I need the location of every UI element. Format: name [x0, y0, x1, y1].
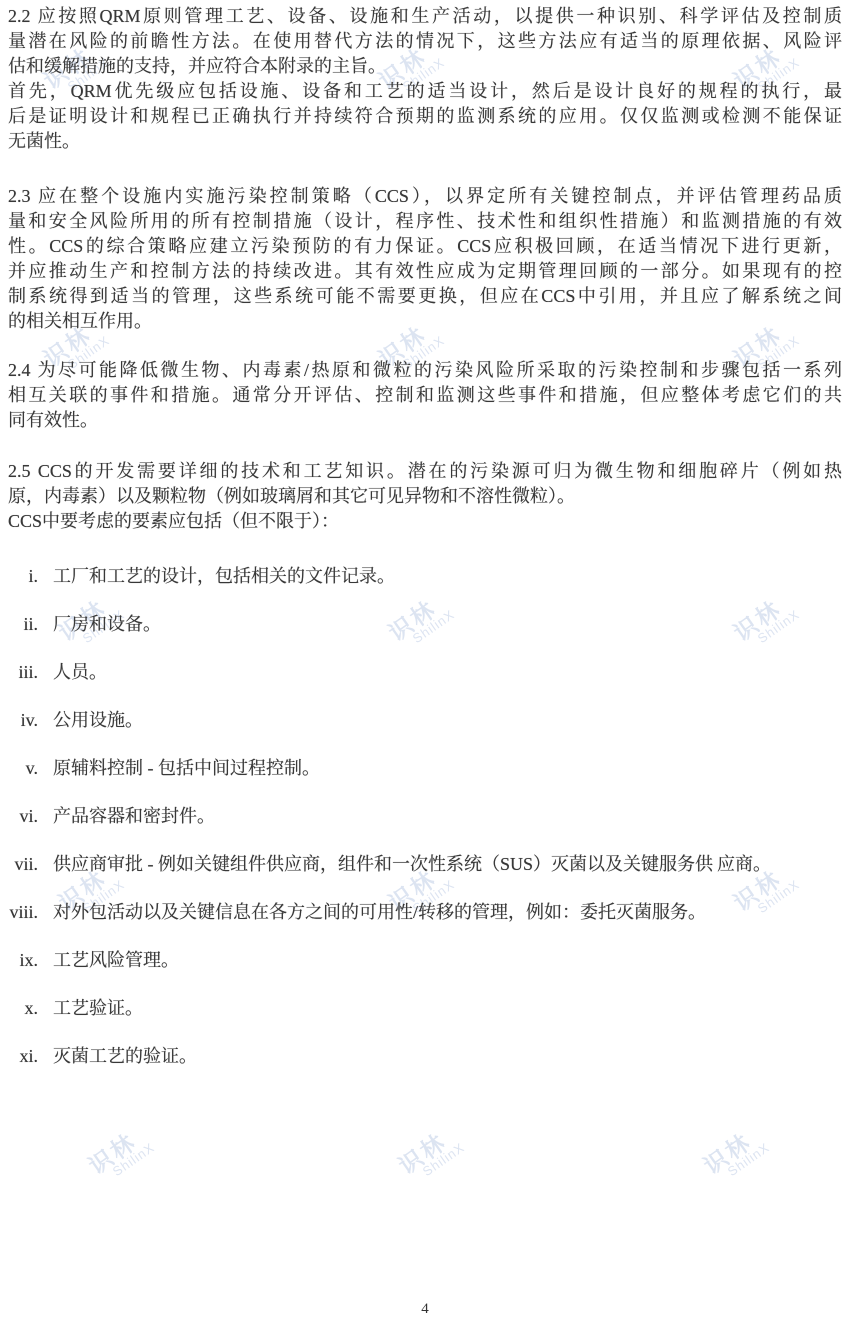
- list-item-iv: iv. 公用设施。: [8, 708, 842, 733]
- text-line: 公用设施。: [53, 710, 143, 730]
- text-line: 工厂和工艺的设计，包括相关的文件记录。: [53, 566, 395, 586]
- text-line: 2.5 CCS的开发需要详细的技术和工艺知识。潜在的污染源可归为微生物和细胞碎片…: [8, 459, 842, 484]
- list-item-vi: vi. 产品容器和密封件。: [8, 804, 842, 829]
- page-number: 4: [0, 1301, 850, 1318]
- text-line: 供应商审批 - 例如关键组件供应商，组件和一次性系统（SUS）灭菌以及关键服务供: [53, 854, 713, 874]
- list-item-number: viii.: [8, 900, 38, 925]
- watermark-cn-text: 识林: [700, 1097, 803, 1179]
- list-item-number: xi.: [8, 1044, 38, 1069]
- document-content: 2.2 应按照QRM原则管理工艺、设备、设施和生产活动，以提供一种识别、科学评估…: [0, 0, 850, 1069]
- text-line: CCS中要考虑的要素应包括（但不限于）：: [8, 509, 842, 534]
- text-line: 相互关联的事件和措施。通常分开评估、控制和监测这些事件和措施，但应整体考虑它们的…: [8, 383, 842, 408]
- list-item-iii: iii. 人员。: [8, 660, 842, 685]
- paragraph-2-3: 2.3 应在整个设施内实施污染控制策略（CCS），以界定所有关键控制点，并评估管…: [8, 184, 842, 334]
- list-item-number: iii.: [8, 660, 38, 685]
- paragraph-2-5: 2.5 CCS的开发需要详细的技术和工艺知识。潜在的污染源可归为微生物和细胞碎片…: [8, 459, 842, 534]
- text-line: 2.4 为尽可能降低微生物、内毒素/热原和微粒的污染风险所采取的污染控制和步骤包…: [8, 358, 842, 383]
- text-line: 无菌性。: [8, 129, 842, 154]
- watermark-en-text: ShilinX: [110, 1114, 194, 1179]
- list-item-vii: vii. 供应商审批 - 例如关键组件供应商，组件和一次性系统（SUS）灭菌以及…: [8, 852, 842, 877]
- text-line: 2.2 应按照QRM原则管理工艺、设备、设施和生产活动，以提供一种识别、科学评估…: [8, 4, 842, 29]
- text-line: 的相关相互作用。: [8, 309, 842, 334]
- text-line: 制系统得到适当的管理，这些系统可能不需要更换，但应在CCS中引用，并且应了解系统…: [8, 284, 842, 309]
- list-item-ix: ix. 工艺风险管理。: [8, 948, 842, 973]
- text-line: 工艺验证。: [53, 998, 143, 1018]
- list-item-x: x. 工艺验证。: [8, 996, 842, 1021]
- watermark: 识林ShilinX: [85, 1097, 195, 1188]
- watermark-cn-text: 识林: [395, 1097, 498, 1179]
- text-line: 厂房和设备。: [53, 614, 161, 634]
- text-line: 首先，QRM优先级应包括设施、设备和工艺的适当设计，然后是设计良好的规程的执行，…: [8, 79, 842, 104]
- document-page: 识林ShilinX 识林ShilinX 识林ShilinX 识林ShilinX …: [0, 0, 850, 1328]
- list-item-number: i.: [8, 564, 38, 589]
- paragraph-2-2: 2.2 应按照QRM原则管理工艺、设备、设施和生产活动，以提供一种识别、科学评估…: [8, 4, 842, 154]
- list-item-number: x.: [8, 996, 38, 1021]
- watermark: 识林ShilinX: [700, 1097, 810, 1188]
- list-item-number: ii.: [8, 612, 38, 637]
- list-item-viii: viii. 对外包活动以及关键信息在各方之间的可用性/转移的管理，例如：委托灭菌…: [8, 900, 842, 925]
- list-item-xi: xi. 灭菌工艺的验证。: [8, 1044, 842, 1069]
- watermark-en-text: ShilinX: [725, 1114, 809, 1179]
- list-item-number: vi.: [8, 804, 38, 829]
- text-line: 估和缓解措施的支持，并应符合本附录的主旨。: [8, 54, 842, 79]
- text-line: 原辅料控制 - 包括中间过程控制。: [53, 758, 320, 778]
- text-line: 灭菌工艺的验证。: [53, 1046, 197, 1066]
- watermark-cn-text: 识林: [85, 1097, 188, 1179]
- text-line: 产品容器和密封件。: [53, 806, 215, 826]
- watermark: 识林ShilinX: [395, 1097, 505, 1188]
- text-line: 并应推动生产和控制方法的持续改进。其有效性应成为定期管理回顾的一部分。如果现有的…: [8, 259, 842, 284]
- text-line: 性。CCS的综合策略应建立污染预防的有力保证。CCS应积极回顾，在适当情况下进行…: [8, 234, 842, 259]
- text-line: 2.3 应在整个设施内实施污染控制策略（CCS），以界定所有关键控制点，并评估管…: [8, 184, 842, 209]
- list-item-number: v.: [8, 756, 38, 781]
- list-item-number: vii.: [8, 852, 38, 877]
- text-line: 量和安全风险所用的所有控制措施（设计，程序性、技术性和组织性措施）和监测措施的有…: [8, 209, 842, 234]
- text-line: 量潜在风险的前瞻性方法。在使用替代方法的情况下，这些方法应有适当的原理依据、风险…: [8, 29, 842, 54]
- paragraph-2-4: 2.4 为尽可能降低微生物、内毒素/热原和微粒的污染风险所采取的污染控制和步骤包…: [8, 358, 842, 433]
- list-item-number: ix.: [8, 948, 38, 973]
- text-line: 应商。: [717, 854, 771, 874]
- text-line: 同有效性。: [8, 408, 842, 433]
- ccs-elements-list: i. 工厂和工艺的设计，包括相关的文件记录。 ii. 厂房和设备。 iii. 人…: [8, 564, 842, 1069]
- text-line: 对外包活动以及关键信息在各方之间的可用性/转移的管理，例如：委托灭菌服务。: [53, 902, 706, 922]
- text-line: 原，内毒素）以及颗粒物（例如玻璃屑和其它可见异物和不溶性微粒）。: [8, 484, 842, 509]
- watermark-en-text: ShilinX: [420, 1114, 504, 1179]
- list-item-v: v. 原辅料控制 - 包括中间过程控制。: [8, 756, 842, 781]
- text-line: 人员。: [53, 662, 107, 682]
- text-line: 后是证明设计和规程已正确执行并持续符合预期的监测系统的应用。仅仅监测或检测不能保…: [8, 104, 842, 129]
- list-item-ii: ii. 厂房和设备。: [8, 612, 842, 637]
- list-item-i: i. 工厂和工艺的设计，包括相关的文件记录。: [8, 564, 842, 589]
- text-line: 工艺风险管理。: [53, 950, 179, 970]
- list-item-number: iv.: [8, 708, 38, 733]
